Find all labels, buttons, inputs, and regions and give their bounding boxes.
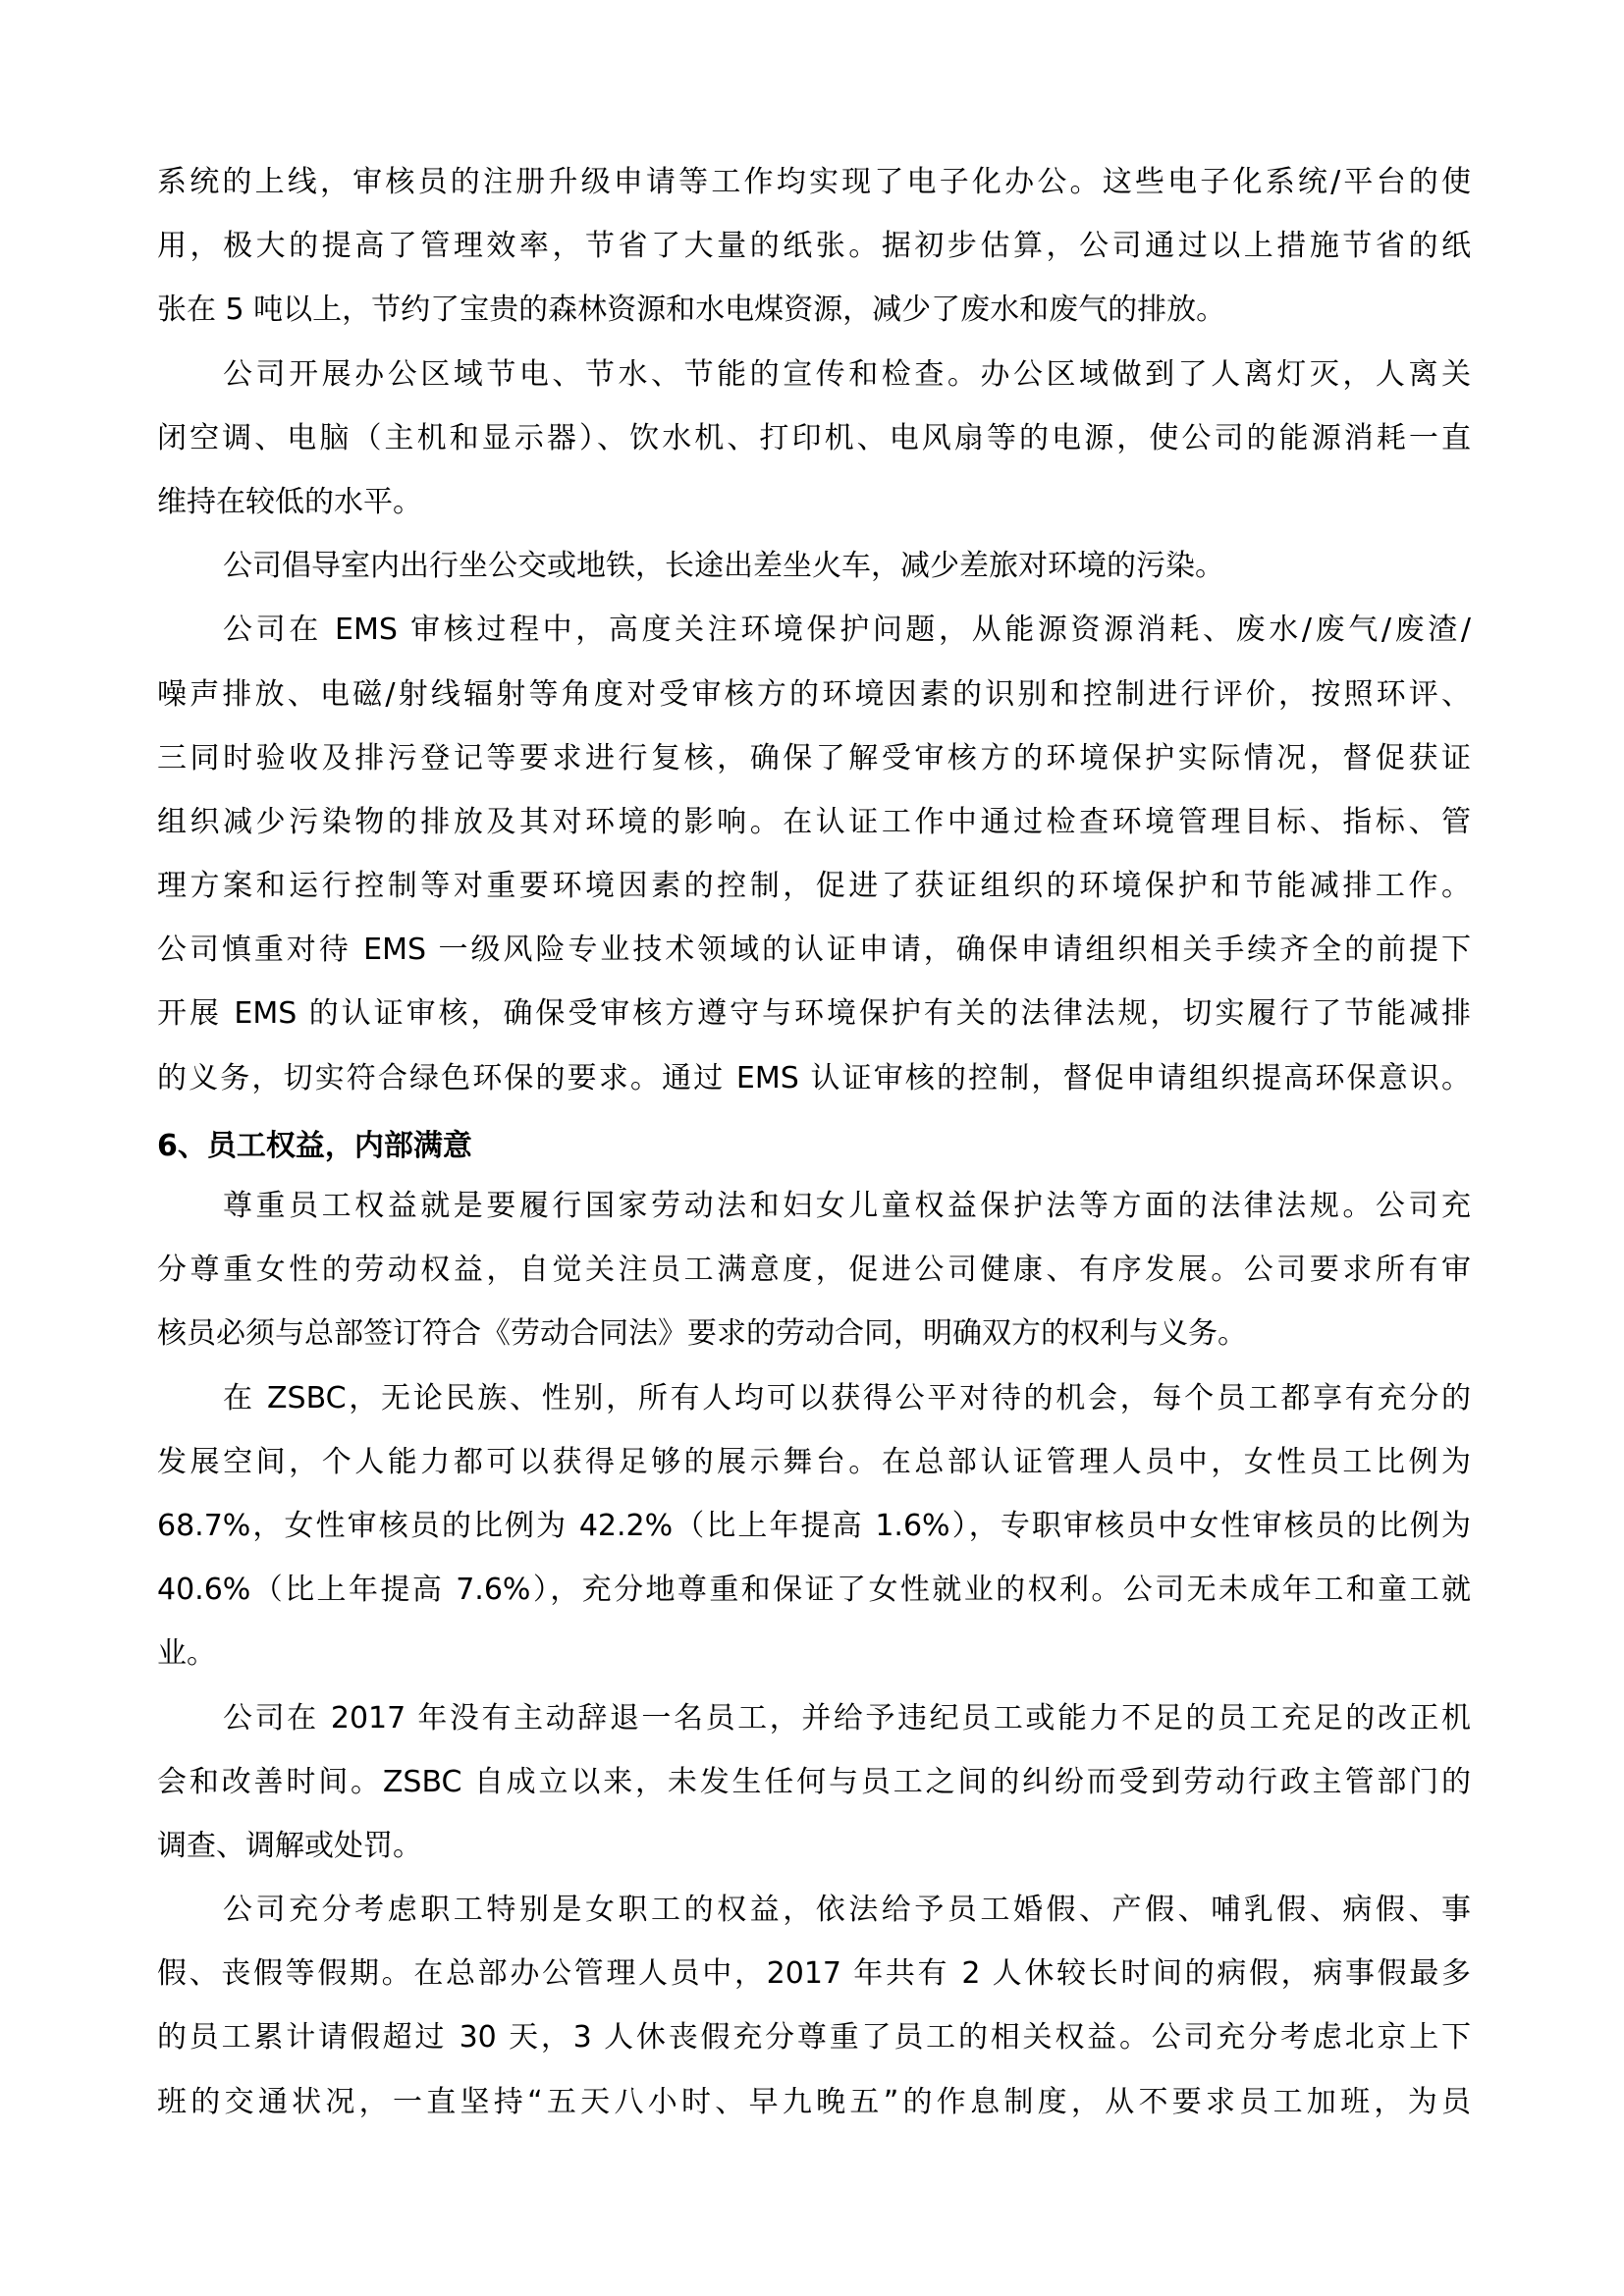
- text-line: 班的交通状况，一直坚持“五天八小时、早九晚五”的作息制度，从不要求员工加班，为员: [157, 2077, 1471, 2141]
- text-line: 三同时验收及排污登记等要求进行复核，确保了解受审核方的环境保护实际情况，督促获证: [157, 733, 1471, 797]
- text-line: 理方案和运行控制等对重要环境因素的控制，促进了获证组织的环境保护和节能减排工作。: [157, 861, 1471, 925]
- paragraph-start-line: 在 ZSBC，无论民族、性别，所有人均可以获得公平对待的机会，每个员工都享有充分…: [157, 1373, 1471, 1437]
- paragraph-start-line: 公司倡导室内出行坐公交或地铁，长途出差坐火车，减少差旅对环境的污染。: [157, 541, 1471, 605]
- text-line: 40.6%（比上年提高 7.6%），充分地尊重和保证了女性就业的权利。公司无未成…: [157, 1565, 1471, 1629]
- text-line: 用，极大的提高了管理效率，节省了大量的纸张。据初步估算，公司通过以上措施节省的纸: [157, 221, 1471, 285]
- text-line: 核员必须与总部签订符合《劳动合同法》要求的劳动合同，明确双方的权利与义务。: [157, 1308, 1471, 1372]
- text-line: 业。: [157, 1629, 1471, 1692]
- text-line: 68.7%，女性审核员的比例为 42.2%（比上年提高 1.6%），专职审核员中…: [157, 1501, 1471, 1565]
- text-line: 开展 EMS 的认证审核，确保受审核方遵守与环境保护有关的法律法规，切实履行了节…: [157, 988, 1471, 1052]
- paragraph-start-line: 尊重员工权益就是要履行国家劳动法和妇女儿童权益保护法等方面的法律法规。公司充: [157, 1181, 1471, 1245]
- text-line: 公司慎重对待 EMS 一级风险专业技术领域的认证申请，确保申请组织相关手续齐全的…: [157, 925, 1471, 988]
- text-line: 系统的上线，审核员的注册升级申请等工作均实现了电子化办公。这些电子化系统/平台的…: [157, 157, 1471, 221]
- text-line: 的员工累计请假超过 30 天，3 人休丧假充分尊重了员工的相关权益。公司充分考虑…: [157, 2012, 1471, 2076]
- text-line: 调查、调解或处罚。: [157, 1821, 1471, 1885]
- document-page: 系统的上线，审核员的注册升级申请等工作均实现了电子化办公。这些电子化系统/平台的…: [157, 157, 1471, 2141]
- text-line: 假、丧假等假期。在总部办公管理人员中，2017 年共有 2 人休较长时间的病假，…: [157, 1949, 1471, 2012]
- text-line: 噪声排放、电磁/射线辐射等角度对受审核方的环境因素的识别和控制进行评价，按照环评…: [157, 669, 1471, 733]
- text-line: 维持在较低的水平。: [157, 477, 1471, 541]
- paragraph-start-line: 公司在 EMS 审核过程中，高度关注环境保护问题，从能源资源消耗、废水/废气/废…: [157, 605, 1471, 668]
- text-line: 张在 5 吨以上，节约了宝贵的森林资源和水电煤资源，减少了废水和废气的排放。: [157, 285, 1471, 348]
- text-line: 会和改善时间。ZSBC 自成立以来，未发生任何与员工之间的纠纷而受到劳动行政主管…: [157, 1757, 1471, 1821]
- section-heading: 6、员工权益，内部满意: [157, 1117, 1471, 1181]
- paragraph-start-line: 公司在 2017 年没有主动辞退一名员工，并给予违纪员工或能力不足的员工充足的改…: [157, 1693, 1471, 1757]
- text-line: 闭空调、电脑（主机和显示器）、饮水机、打印机、电风扇等的电源，使公司的能源消耗一…: [157, 413, 1471, 477]
- text-line: 的义务，切实符合绿色环保的要求。通过 EMS 认证审核的控制，督促申请组织提高环…: [157, 1053, 1471, 1117]
- paragraph-start-line: 公司开展办公区域节电、节水、节能的宣传和检查。办公区域做到了人离灯灭，人离关: [157, 349, 1471, 413]
- text-line: 发展空间，个人能力都可以获得足够的展示舞台。在总部认证管理人员中，女性员工比例为: [157, 1437, 1471, 1501]
- text-line: 组织减少污染物的排放及其对环境的影响。在认证工作中通过检查环境管理目标、指标、管: [157, 797, 1471, 861]
- paragraph-start-line: 公司充分考虑职工特别是女职工的权益，依法给予员工婚假、产假、哺乳假、病假、事: [157, 1885, 1471, 1949]
- text-line: 分尊重女性的劳动权益，自觉关注员工满意度，促进公司健康、有序发展。公司要求所有审: [157, 1245, 1471, 1308]
